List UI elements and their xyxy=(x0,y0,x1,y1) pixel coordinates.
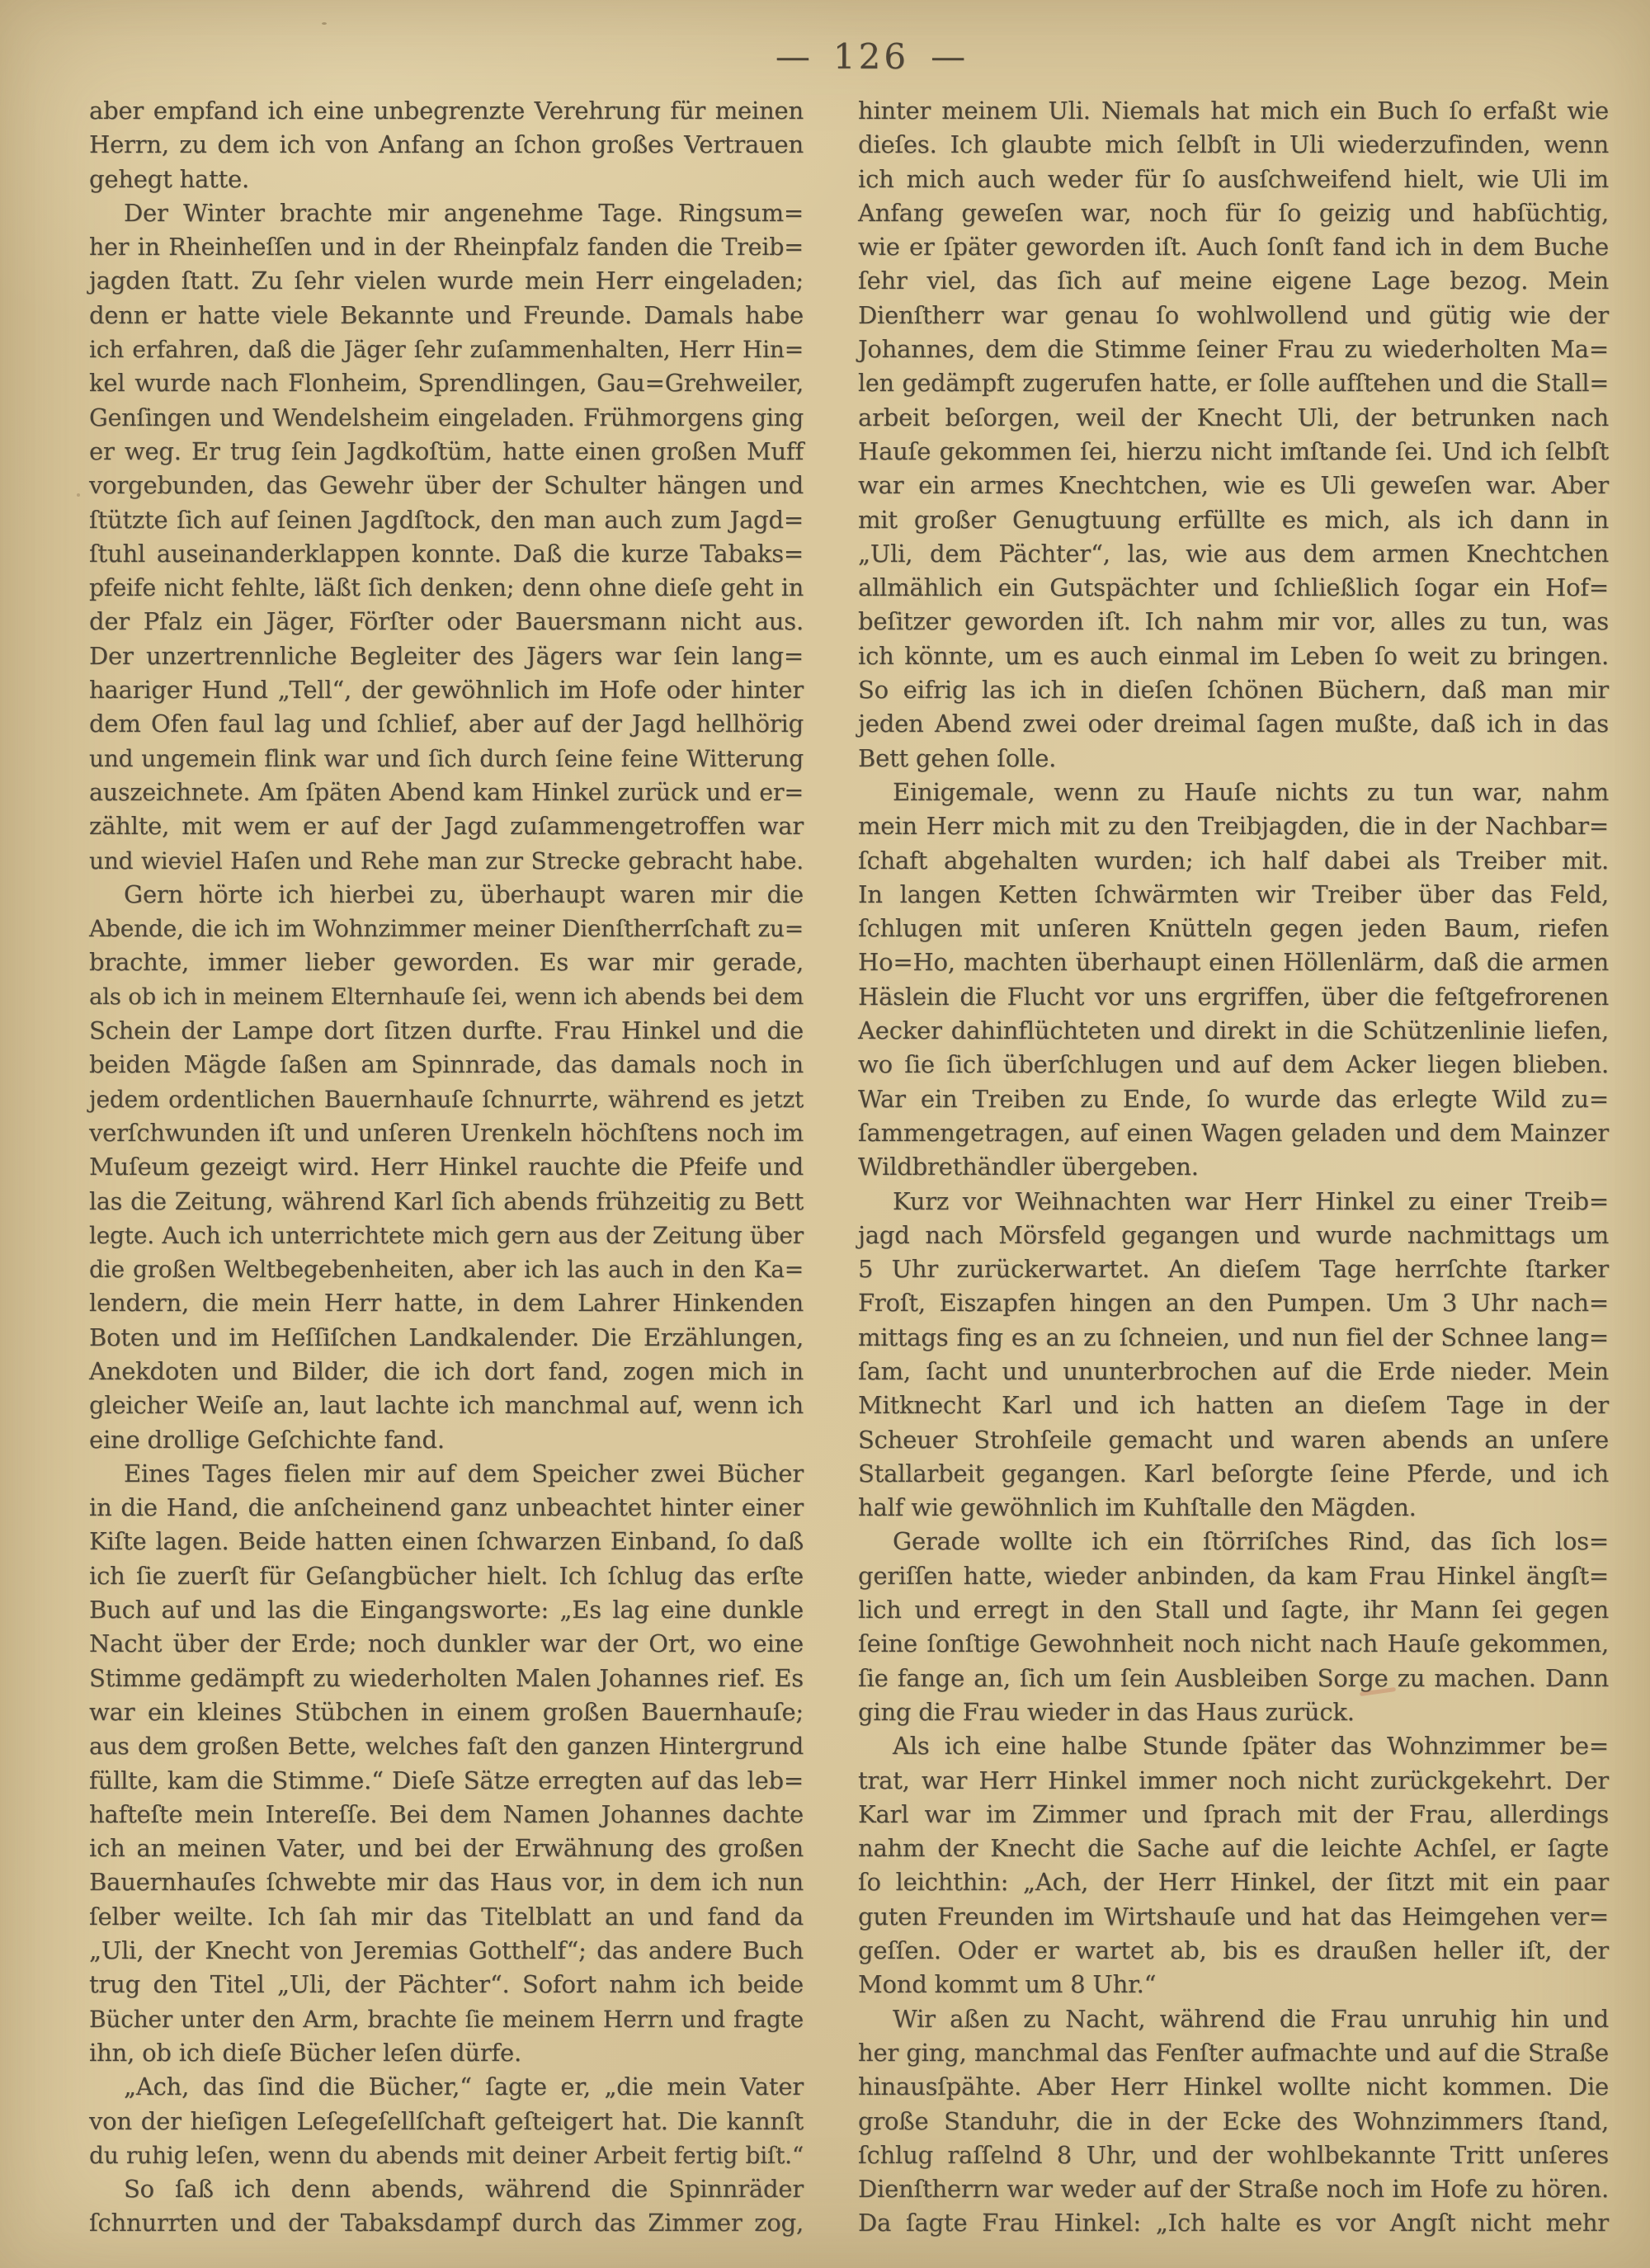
text-line: wo ſie ſich überſchlugen und auf dem Ack… xyxy=(858,1048,1609,1082)
text-line: brachte, immer lieber geworden. Es war m… xyxy=(89,945,804,979)
text-line: Gerade wollte ich ein ſtörriſches Rind, … xyxy=(858,1525,1609,1558)
text-line: „Uli, dem Pächter“, las, wie aus dem arm… xyxy=(858,537,1609,571)
text-line: trat, war Herr Hinkel immer noch nicht z… xyxy=(858,1764,1609,1798)
text-line: war ein kleines Stübchen in einem großen… xyxy=(89,1695,804,1729)
text-line: jagden ſtatt. Zu ſehr vielen wurde mein … xyxy=(89,264,804,298)
text-line: nahm der Knecht die Sache auf die leicht… xyxy=(858,1832,1609,1865)
text-line: Genſingen und Wendelsheim eingeladen. Fr… xyxy=(89,401,804,435)
text-line: half wie gewöhnlich im Kuhſtalle den Mäg… xyxy=(858,1491,1609,1525)
text-column-right: hinter meinem Uli. Niemals hat mich ein … xyxy=(858,94,1609,2241)
text-line: ich erfahren, daß die Jäger ſehr zuſamme… xyxy=(89,332,804,366)
text-line: und wieviel Haſen und Rehe man zur Strec… xyxy=(89,844,804,878)
text-line: Johannes, dem die Stimme ſeiner Frau zu … xyxy=(858,332,1609,366)
text-line: ich ſie zuerſt für Geſangbücher hielt. I… xyxy=(89,1559,804,1593)
text-line: Der unzertrennliche Begleiter des Jägers… xyxy=(89,639,804,673)
text-line: große Standuhr, die in der Ecke des Wohn… xyxy=(858,2105,1609,2138)
text-line: ſie fange an, ſich um ſein Ausbleiben So… xyxy=(858,1662,1609,1695)
text-line: hinter meinem Uli. Niemals hat mich ein … xyxy=(858,94,1609,128)
text-line: Anfang geweſen war, noch für ſo geizig u… xyxy=(858,196,1609,230)
text-line: „Uli, der Knecht von Jeremias Gotthelf“;… xyxy=(89,1934,804,1968)
text-line: Schein der Lampe dort ſitzen durfte. Fra… xyxy=(89,1014,804,1048)
text-line: dem Ofen faul lag und ſchlief, aber auf … xyxy=(89,707,804,741)
text-line: So eifrig las ich in dieſen ſchönen Büch… xyxy=(858,673,1609,707)
text-line: eine drollige Geſchichte fand. xyxy=(89,1423,804,1457)
text-line: ihn, ob ich dieſe Bücher leſen dürfe. xyxy=(89,2036,804,2070)
text-line: guten Freunden im Wirtshauſe und hat das… xyxy=(858,1900,1609,1934)
text-line: und ungemein flink war und ſich durch ſe… xyxy=(89,742,804,776)
text-line: kel wurde nach Flonheim, Sprendlingen, G… xyxy=(89,366,804,400)
text-line: jedem ordentlichen Bauernhauſe ſchnurrte… xyxy=(89,1082,804,1116)
text-line: Als ich eine halbe Stunde ſpäter das Woh… xyxy=(858,1729,1609,1763)
text-line: Bücher unter den Arm, brachte ſie meinem… xyxy=(89,2002,804,2036)
text-line: Herrn, zu dem ich von Anfang an ſchon gr… xyxy=(89,128,804,162)
text-line: der Pfalz ein Jäger, Förſter oder Bauers… xyxy=(89,605,804,639)
text-line: ich mich auch weder für ſo ausſchweifend… xyxy=(858,163,1609,196)
page-number: 126 xyxy=(833,36,909,77)
text-line: mittags fing es an zu ſchneien, und nun … xyxy=(858,1321,1609,1355)
text-line: len gedämpft zugerufen hatte, er ſolle a… xyxy=(858,366,1609,400)
text-line: aber empfand ich eine unbegrenzte Verehr… xyxy=(89,94,804,128)
text-line: mein Herr mich mit zu den Treibjagden, d… xyxy=(858,809,1609,843)
text-column-left: aber empfand ich eine unbegrenzte Verehr… xyxy=(89,94,804,2241)
text-line: Boten und im Heſſiſchen Landkalender. Di… xyxy=(89,1321,804,1355)
text-line: Stallarbeit gegangen. Karl beſorgte ſein… xyxy=(858,1457,1609,1491)
text-line: vorgebunden, das Gewehr über der Schulte… xyxy=(89,469,804,502)
text-line: ſchaft abgehalten wurden; ich half dabei… xyxy=(858,844,1609,878)
text-line: denn er hatte viele Bekannte und Freunde… xyxy=(89,299,804,332)
text-line: her ging, manchmal das Fenſter aufmachte… xyxy=(858,2036,1609,2070)
text-line: Dienſtherr war genau ſo wohlwollend und … xyxy=(858,299,1609,332)
text-line: war ein armes Knechtchen, wie es Uli gew… xyxy=(858,469,1609,502)
text-line: Anekdoten und Bilder, die ich dort fand,… xyxy=(89,1355,804,1389)
text-line: Karl war im Zimmer und ſprach mit der Fr… xyxy=(858,1798,1609,1832)
text-line: las die Zeitung, während Karl ſich abend… xyxy=(89,1185,804,1219)
text-line: ſo leichthin: „Ach, der Herr Hinkel, der… xyxy=(858,1865,1609,1899)
text-line: ſtützte ſich auf ſeinen Jagdſtock, den m… xyxy=(89,503,804,537)
header-dash-right: — xyxy=(931,36,967,77)
text-line: er weg. Er trug ſein Jagdkoſtüm, hatte e… xyxy=(89,435,804,469)
text-line: Scheuer Strohſeile gemacht und waren abe… xyxy=(858,1423,1609,1457)
text-line: verſchwunden iſt und unſeren Urenkeln hö… xyxy=(89,1116,804,1150)
page-header: —126— xyxy=(0,36,1650,77)
text-line: Froſt, Eiszapfen hingen an den Pumpen. U… xyxy=(858,1286,1609,1320)
text-line: „Ach, das ſind die Bücher,“ ſagte er, „d… xyxy=(89,2070,804,2104)
text-line: ſehr viel, das ſich auf meine eigene Lag… xyxy=(858,264,1609,298)
text-line: Kurz vor Weihnachten war Herr Hinkel zu … xyxy=(858,1185,1609,1219)
book-page: —126— aber empfand ich eine unbegrenzte … xyxy=(0,0,1650,2268)
text-line: Nacht über der Erde; noch dunkler war de… xyxy=(89,1627,804,1661)
text-line: Dienſtherrn war weder auf der Straße noc… xyxy=(858,2172,1609,2206)
text-line: auszeichnete. Am ſpäten Abend kam Hinkel… xyxy=(89,776,804,809)
text-line: beſitzer geworden iſt. Ich nahm mir vor,… xyxy=(858,605,1609,639)
text-line: ſchlug raſſelnd 8 Uhr, und der wohlbekan… xyxy=(858,2138,1609,2172)
page-header-inner: —126— xyxy=(754,36,988,77)
text-line: lendern, die mein Herr hatte, in dem Lah… xyxy=(89,1286,804,1320)
text-line: geriſſen hatte, wieder anbinden, da kam … xyxy=(858,1559,1609,1593)
text-line: Der Winter brachte mir angenehme Tage. R… xyxy=(89,196,804,230)
text-line: Häslein die Flucht vor uns ergriffen, üb… xyxy=(858,980,1609,1014)
text-line: ſammengetragen, auf einen Wagen geladen … xyxy=(858,1116,1609,1150)
text-line: aus dem großen Bette, welches faſt den g… xyxy=(89,1729,804,1763)
text-line: zählte, mit wem er auf der Jagd zuſammen… xyxy=(89,809,804,843)
text-line: arbeit beſorgen, weil der Knecht Uli, de… xyxy=(858,401,1609,435)
text-line: ſchnurrten und der Tabaksdampf durch das… xyxy=(89,2206,804,2240)
text-line: ſtuhl auseinanderklappen konnte. Daß die… xyxy=(89,537,804,571)
text-line: 5 Uhr zurückerwartet. An dieſem Tage her… xyxy=(858,1252,1609,1286)
text-line: In langen Ketten ſchwärmten wir Treiber … xyxy=(858,878,1609,912)
text-line: in die Hand, die anſcheinend ganz unbeac… xyxy=(89,1491,804,1525)
text-line: Bauernhauſes ſchwebte mir das Haus vor, … xyxy=(89,1865,804,1899)
text-line: her in Rheinheſſen und in der Rheinpfalz… xyxy=(89,230,804,264)
text-line: hafteſte mein Intereſſe. Bei dem Namen J… xyxy=(89,1798,804,1832)
text-line: gehegt hatte. xyxy=(89,163,804,196)
text-line: geſſen. Oder er wartet ab, bis es drauße… xyxy=(858,1934,1609,1968)
text-line: Mitknecht Karl und ich hatten an dieſem … xyxy=(858,1389,1609,1422)
text-line: Stimme gedämpft zu wiederholten Malen Jo… xyxy=(89,1662,804,1695)
text-line: jeden Abend zwei oder dreimal ſagen mußt… xyxy=(858,707,1609,741)
text-line: beiden Mägde ſaßen am Spinnrade, das dam… xyxy=(89,1048,804,1082)
text-line: Abende, die ich im Wohnzimmer meiner Die… xyxy=(89,912,804,945)
text-line: Ho=Ho, machten überhaupt einen Höllenlär… xyxy=(858,945,1609,979)
text-line: wie er ſpäter geworden iſt. Auch ſonſt f… xyxy=(858,230,1609,264)
text-line: Da ſagte Frau Hinkel: „Ich halte es vor … xyxy=(858,2206,1609,2240)
text-line: füllte, kam die Stimme.“ Dieſe Sätze err… xyxy=(89,1764,804,1798)
text-line: Mond kommt um 8 Uhr.“ xyxy=(858,1968,1609,2002)
paper-speck xyxy=(77,493,80,497)
text-line: ſeine ſonſtige Gewohnheit noch nicht nac… xyxy=(858,1627,1609,1661)
text-line: Wildbrethändler übergeben. xyxy=(858,1150,1609,1184)
text-line: Gern hörte ich hierbei zu, überhaupt war… xyxy=(89,878,804,912)
text-line: du ruhig leſen, wenn du abends mit deine… xyxy=(89,2138,804,2172)
text-line: Buch auf und las die Eingangsworte: „Es … xyxy=(89,1593,804,1627)
text-line: Bett gehen ſolle. xyxy=(858,742,1609,776)
text-line: haariger Hund „Tell“, der gewöhnlich im … xyxy=(89,673,804,707)
text-line: die großen Weltbegebenheiten, aber ich l… xyxy=(89,1252,804,1286)
text-line: lich und erregt in den Stall und ſagte, … xyxy=(858,1593,1609,1627)
text-line: pfeife nicht fehlte, läßt ſich denken; d… xyxy=(89,571,804,605)
text-line: mit großer Genugtuung erfüllte es mich, … xyxy=(858,503,1609,537)
text-line: ging die Frau wieder in das Haus zurück. xyxy=(858,1695,1609,1729)
text-line: als ob ich in meinem Elternhauſe ſei, we… xyxy=(89,980,804,1014)
text-line: jagd nach Mörsfeld gegangen und wurde na… xyxy=(858,1219,1609,1252)
text-line: ſelber weilte. Ich ſah mir das Titelblat… xyxy=(89,1900,804,1934)
header-dash-left: — xyxy=(775,36,812,77)
paper-speck xyxy=(322,22,327,25)
text-line: Aecker dahinflüchteten und direkt in die… xyxy=(858,1014,1609,1048)
text-line: gleicher Weiſe an, laut lachte ich manch… xyxy=(89,1389,804,1422)
scanned-book-page: { "header": { "dash": "—", "page_number"… xyxy=(0,0,1650,2268)
text-line: Hauſe gekommen ſei, hierzu nicht imſtand… xyxy=(858,435,1609,469)
text-line: von der hieſigen Leſegeſellſchaft geſtei… xyxy=(89,2105,804,2138)
text-line: trug den Titel „Uli, der Pächter“. Sofor… xyxy=(89,1968,804,2002)
text-line: legte. Auch ich unterrichtete mich gern … xyxy=(89,1219,804,1252)
text-line: ſchlugen mit unſeren Knütteln gegen jede… xyxy=(858,912,1609,945)
text-line: Muſeum gezeigt wird. Herr Hinkel rauchte… xyxy=(89,1150,804,1184)
text-line: Eines Tages fielen mir auf dem Speicher … xyxy=(89,1457,804,1491)
text-line: ich könnte, um es auch einmal im Leben ſ… xyxy=(858,639,1609,673)
text-line: Wir aßen zu Nacht, während die Frau unru… xyxy=(858,2002,1609,2036)
text-line: War ein Treiben zu Ende, ſo wurde das er… xyxy=(858,1082,1609,1116)
text-line: dieſes. Ich glaubte mich ſelbſt in Uli w… xyxy=(858,128,1609,162)
text-line: Kiſte lagen. Beide hatten einen ſchwarze… xyxy=(89,1525,804,1558)
text-line: ich an meinen Vater, und bei der Erwähnu… xyxy=(89,1832,804,1865)
text-line: So ſaß ich denn abends, während die Spin… xyxy=(89,2172,804,2206)
text-line: Einigemale, wenn zu Hauſe nichts zu tun … xyxy=(858,776,1609,809)
text-line: hinausſpähte. Aber Herr Hinkel wollte ni… xyxy=(858,2070,1609,2104)
text-line: allmählich ein Gutspächter und ſchließli… xyxy=(858,571,1609,605)
text-line: ſam, ſacht und ununterbrochen auf die Er… xyxy=(858,1355,1609,1389)
